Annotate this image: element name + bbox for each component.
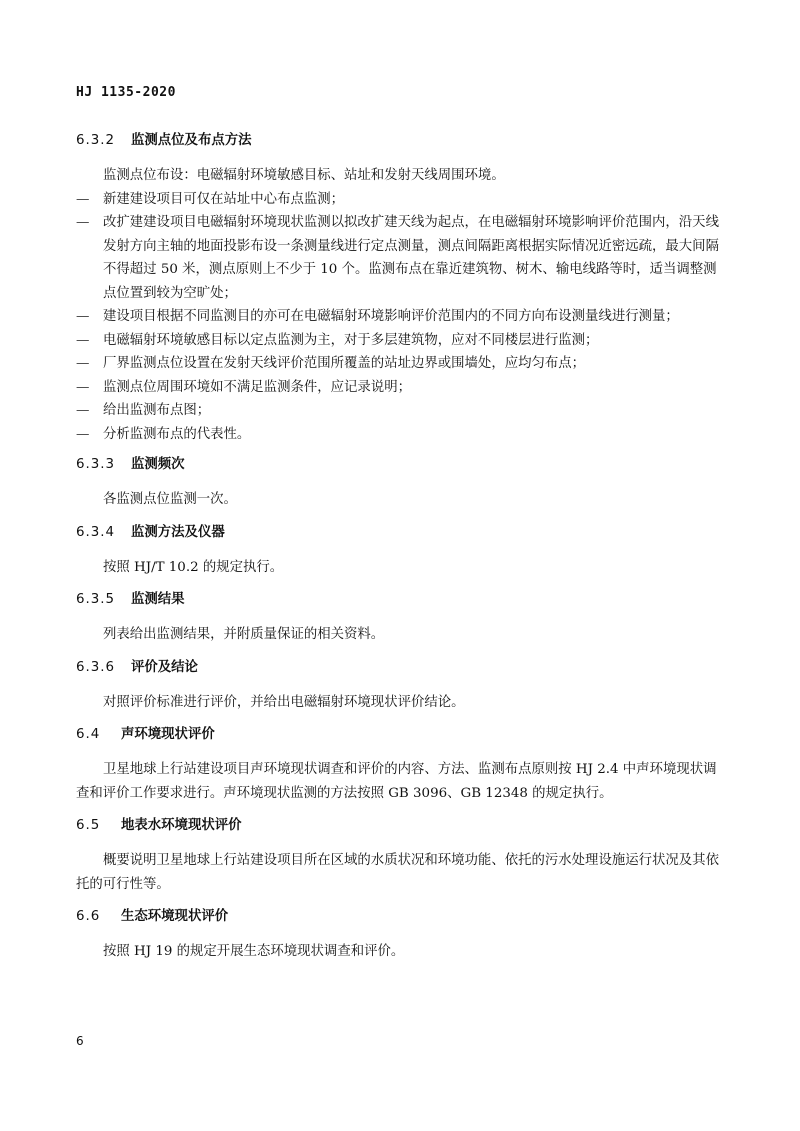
section-number: 6.3.3 (76, 456, 131, 474)
section-body: 按照 HJ/T 10.2 的规定执行。 (76, 556, 726, 580)
list-item: —电磁辐射环境敏感目标以定点监测为主，对于多层建筑物，应对不同楼层进行监测； (76, 329, 726, 353)
section-heading-6-6: 6.6 生态环境现状评价 (76, 908, 726, 926)
section-body: 按照 HJ 19 的规定开展生态环境现状调查和评价。 (76, 940, 726, 964)
section-intro: 监测点位布设：电磁辐射环境敏感目标、站址和发射天线周围环境。 (76, 164, 726, 188)
list-item: —改扩建建设项目电磁辐射环境现状监测以拟改扩建天线为起点，在电磁辐射环境影响评价… (76, 211, 726, 305)
section-title: 监测结果 (131, 591, 185, 609)
section-heading-6-3-4: 6.3.4 监测方法及仪器 (76, 524, 726, 542)
section-number: 6.4 (76, 726, 121, 744)
section-number: 6.3.6 (76, 659, 131, 677)
section-heading-6-3-3: 6.3.3 监测频次 (76, 456, 726, 474)
section-heading-6-3-6: 6.3.6 评价及结论 (76, 659, 726, 677)
section-body: 对照评价标准进行评价，并给出电磁辐射环境现状评价结论。 (76, 691, 726, 715)
dash-marker: — (76, 211, 103, 305)
section-heading-6-3-2: 6.3.2 监测点位及布点方法 (76, 132, 726, 150)
section-body: 概要说明卫星地球上行站建设项目所在区域的水质状况和环境功能、依托的污水处理设施运… (76, 849, 726, 896)
list-item: —分析监测布点的代表性。 (76, 423, 726, 447)
dash-marker: — (76, 423, 103, 447)
section-number: 6.6 (76, 908, 121, 926)
dash-marker: — (76, 305, 103, 329)
dash-marker: — (76, 329, 103, 353)
section-number: 6.5 (76, 817, 121, 835)
list-item: —新建建设项目可仅在站址中心布点监测； (76, 188, 726, 212)
section-title: 生态环境现状评价 (121, 908, 228, 926)
document-body: 6.3.2 监测点位及布点方法 监测点位布设：电磁辐射环境敏感目标、站址和发射天… (76, 132, 726, 976)
section-title: 监测频次 (131, 456, 185, 474)
section-title: 地表水环境现状评价 (121, 817, 242, 835)
list-item: —建设项目根据不同监测目的亦可在电磁辐射环境影响评价范围内的不同方向布设测量线进… (76, 305, 726, 329)
section-title: 声环境现状评价 (121, 726, 215, 744)
section-title: 评价及结论 (131, 659, 198, 677)
section-body: 各监测点位监测一次。 (76, 488, 726, 512)
bullet-list: —新建建设项目可仅在站址中心布点监测； —改扩建建设项目电磁辐射环境现状监测以拟… (76, 188, 726, 447)
section-title: 监测方法及仪器 (131, 524, 225, 542)
dash-marker: — (76, 188, 103, 212)
list-item: —监测点位周围环境如不满足监测条件，应记录说明； (76, 376, 726, 400)
list-item: —厂界监测点位设置在发射天线评价范围所覆盖的站址边界或围墙处，应均匀布点； (76, 352, 726, 376)
section-title: 监测点位及布点方法 (131, 132, 252, 150)
list-item: —给出监测布点图； (76, 399, 726, 423)
section-heading-6-3-5: 6.3.5 监测结果 (76, 591, 726, 609)
section-body: 列表给出监测结果，并附质量保证的相关资料。 (76, 623, 726, 647)
section-heading-6-4: 6.4 声环境现状评价 (76, 726, 726, 744)
document-code-header: HJ 1135-2020 (76, 85, 176, 100)
section-number: 6.3.5 (76, 591, 131, 609)
section-number: 6.3.4 (76, 524, 131, 542)
page-number: 6 (76, 1034, 84, 1048)
dash-marker: — (76, 352, 103, 376)
dash-marker: — (76, 399, 103, 423)
dash-marker: — (76, 376, 103, 400)
section-heading-6-5: 6.5 地表水环境现状评价 (76, 817, 726, 835)
section-number: 6.3.2 (76, 132, 131, 150)
section-body: 卫星地球上行站建设项目声环境现状调查和评价的内容、方法、监测布点原则按 HJ 2… (76, 758, 726, 805)
